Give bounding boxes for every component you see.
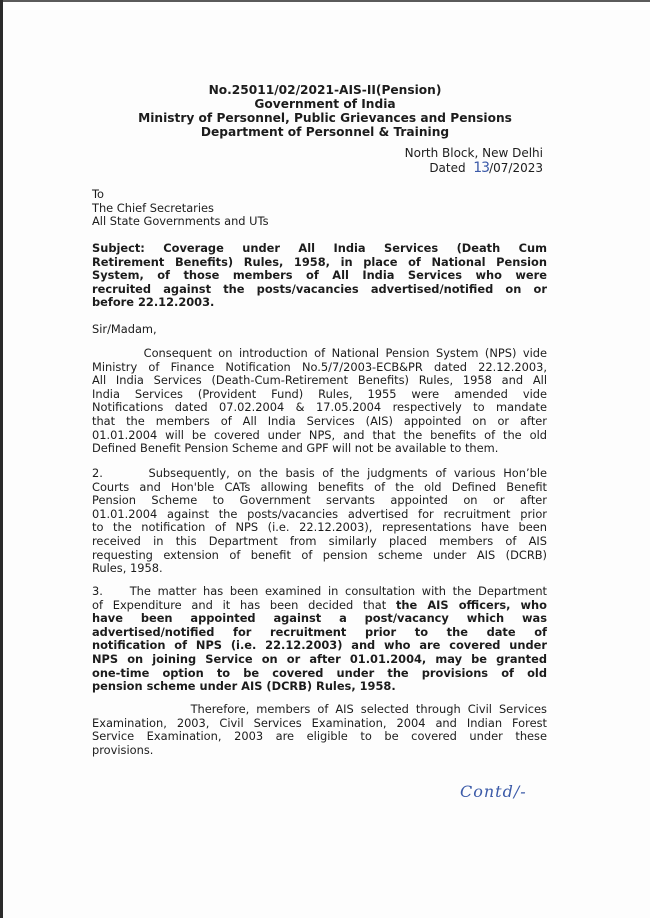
paragraph-line: India Services (Provident Fund) Rules, 1… (92, 388, 547, 402)
government-name: Government of India (0, 97, 650, 111)
subject-line: Retirement Benefits) Rules, 1958, in pla… (92, 256, 547, 270)
dated-label: Dated (429, 161, 465, 175)
subject-line: Subject: Coverage under All India Servic… (92, 242, 547, 256)
paragraph-line: that the members of All India Services (… (92, 415, 547, 429)
paragraph-line: pension scheme under AIS (DCRB) Rules, 1… (92, 680, 547, 694)
paragraph-line: 3. The matter has been examined in consu… (92, 585, 547, 599)
document-page: No.25011/02/2021-AIS-II(Pension) Governm… (0, 0, 650, 918)
salutation: Sir/Madam, (92, 322, 157, 336)
paragraph-line: 01.01.2004 will be covered under NPS, an… (92, 429, 547, 443)
subject-block: Subject: Coverage under All India Servic… (92, 242, 547, 310)
date-line: Dated 13/07/2023 (405, 161, 543, 176)
addressee-block: To The Chief Secretaries All State Gover… (92, 188, 269, 229)
paragraph-line: 2. Subsequently, on the basis of the jud… (92, 467, 547, 481)
paragraph-line: Therefore, members of AIS selected throu… (92, 703, 547, 717)
paragraph-line: Courts and Hon'ble CATs allowing benefit… (92, 481, 547, 495)
subject-line: recruited against the posts/vacancies ad… (92, 283, 547, 297)
paragraph-line: to the notification of NPS (i.e. 22.12.2… (92, 521, 547, 535)
letter-header: No.25011/02/2021-AIS-II(Pension) Governm… (0, 83, 650, 139)
paragraph-line: Service Examination, 2003 are eligible t… (92, 730, 547, 744)
addressee-line-2: All State Governments and UTs (92, 215, 269, 229)
place-and-date: North Block, New Delhi Dated 13/07/2023 (405, 146, 543, 175)
paragraph-line: Pension Scheme to Government servants ap… (92, 494, 547, 508)
plain-text: of Expenditure and it has been decided t… (92, 598, 396, 612)
paragraph-line: Ministry of Finance Notification No.5/7/… (92, 361, 547, 375)
paragraph-line: Notifications dated 07.02.2004 & 17.05.2… (92, 401, 547, 415)
date-rest: /07/2023 (489, 161, 543, 175)
paragraph-line: Examination, 2003, Civil Services Examin… (92, 717, 547, 731)
paragraph-line: 01.01.2004 against the posts/vacancies a… (92, 508, 547, 522)
paragraph-line: Defined Benefit Pension Scheme and GPF w… (92, 442, 547, 456)
paragraph-line: have been appointed against a post/vacan… (92, 612, 547, 626)
paragraph-line: one-time option to be covered under the … (92, 667, 547, 681)
ministry-name: Ministry of Personnel, Public Grievances… (0, 111, 650, 125)
handwritten-day: 13 (473, 160, 489, 176)
subject-line: System, of those members of All India Se… (92, 269, 547, 283)
paragraph-4: Therefore, members of AIS selected throu… (92, 703, 547, 757)
paragraph-line: provisions. (92, 744, 547, 758)
place-address: North Block, New Delhi (405, 146, 543, 161)
bold-text: the AIS officers, who (396, 598, 547, 612)
paragraph-line: notification of NPS (i.e. 22.12.2003) an… (92, 639, 547, 653)
paragraph-line: Consequent on introduction of National P… (92, 347, 547, 361)
paragraph-line: Rules, 1958. (92, 562, 547, 576)
subject-line: before 22.12.2003. (92, 296, 547, 310)
paragraph-line: advertised/notified for recruitment prio… (92, 626, 547, 640)
paragraph-line: received in this Department from similar… (92, 535, 547, 549)
paragraph-3: 3. The matter has been examined in consu… (92, 585, 547, 694)
file-number: No.25011/02/2021-AIS-II(Pension) (0, 83, 650, 97)
paragraph-2: 2. Subsequently, on the basis of the jud… (92, 467, 547, 576)
addressee-to: To (92, 188, 269, 202)
paragraph-line: All India Services (Death-Cum-Retirement… (92, 374, 547, 388)
paragraph-1: Consequent on introduction of National P… (92, 347, 547, 456)
addressee-line-1: The Chief Secretaries (92, 202, 269, 216)
paragraph-line: requesting extension of benefit of pensi… (92, 549, 547, 563)
continued-note: Contd/- (460, 782, 527, 801)
department-name: Department of Personnel & Training (0, 125, 650, 139)
paragraph-line: of Expenditure and it has been decided t… (92, 599, 547, 613)
paragraph-line: NPS on joining Service on or after 01.01… (92, 653, 547, 667)
